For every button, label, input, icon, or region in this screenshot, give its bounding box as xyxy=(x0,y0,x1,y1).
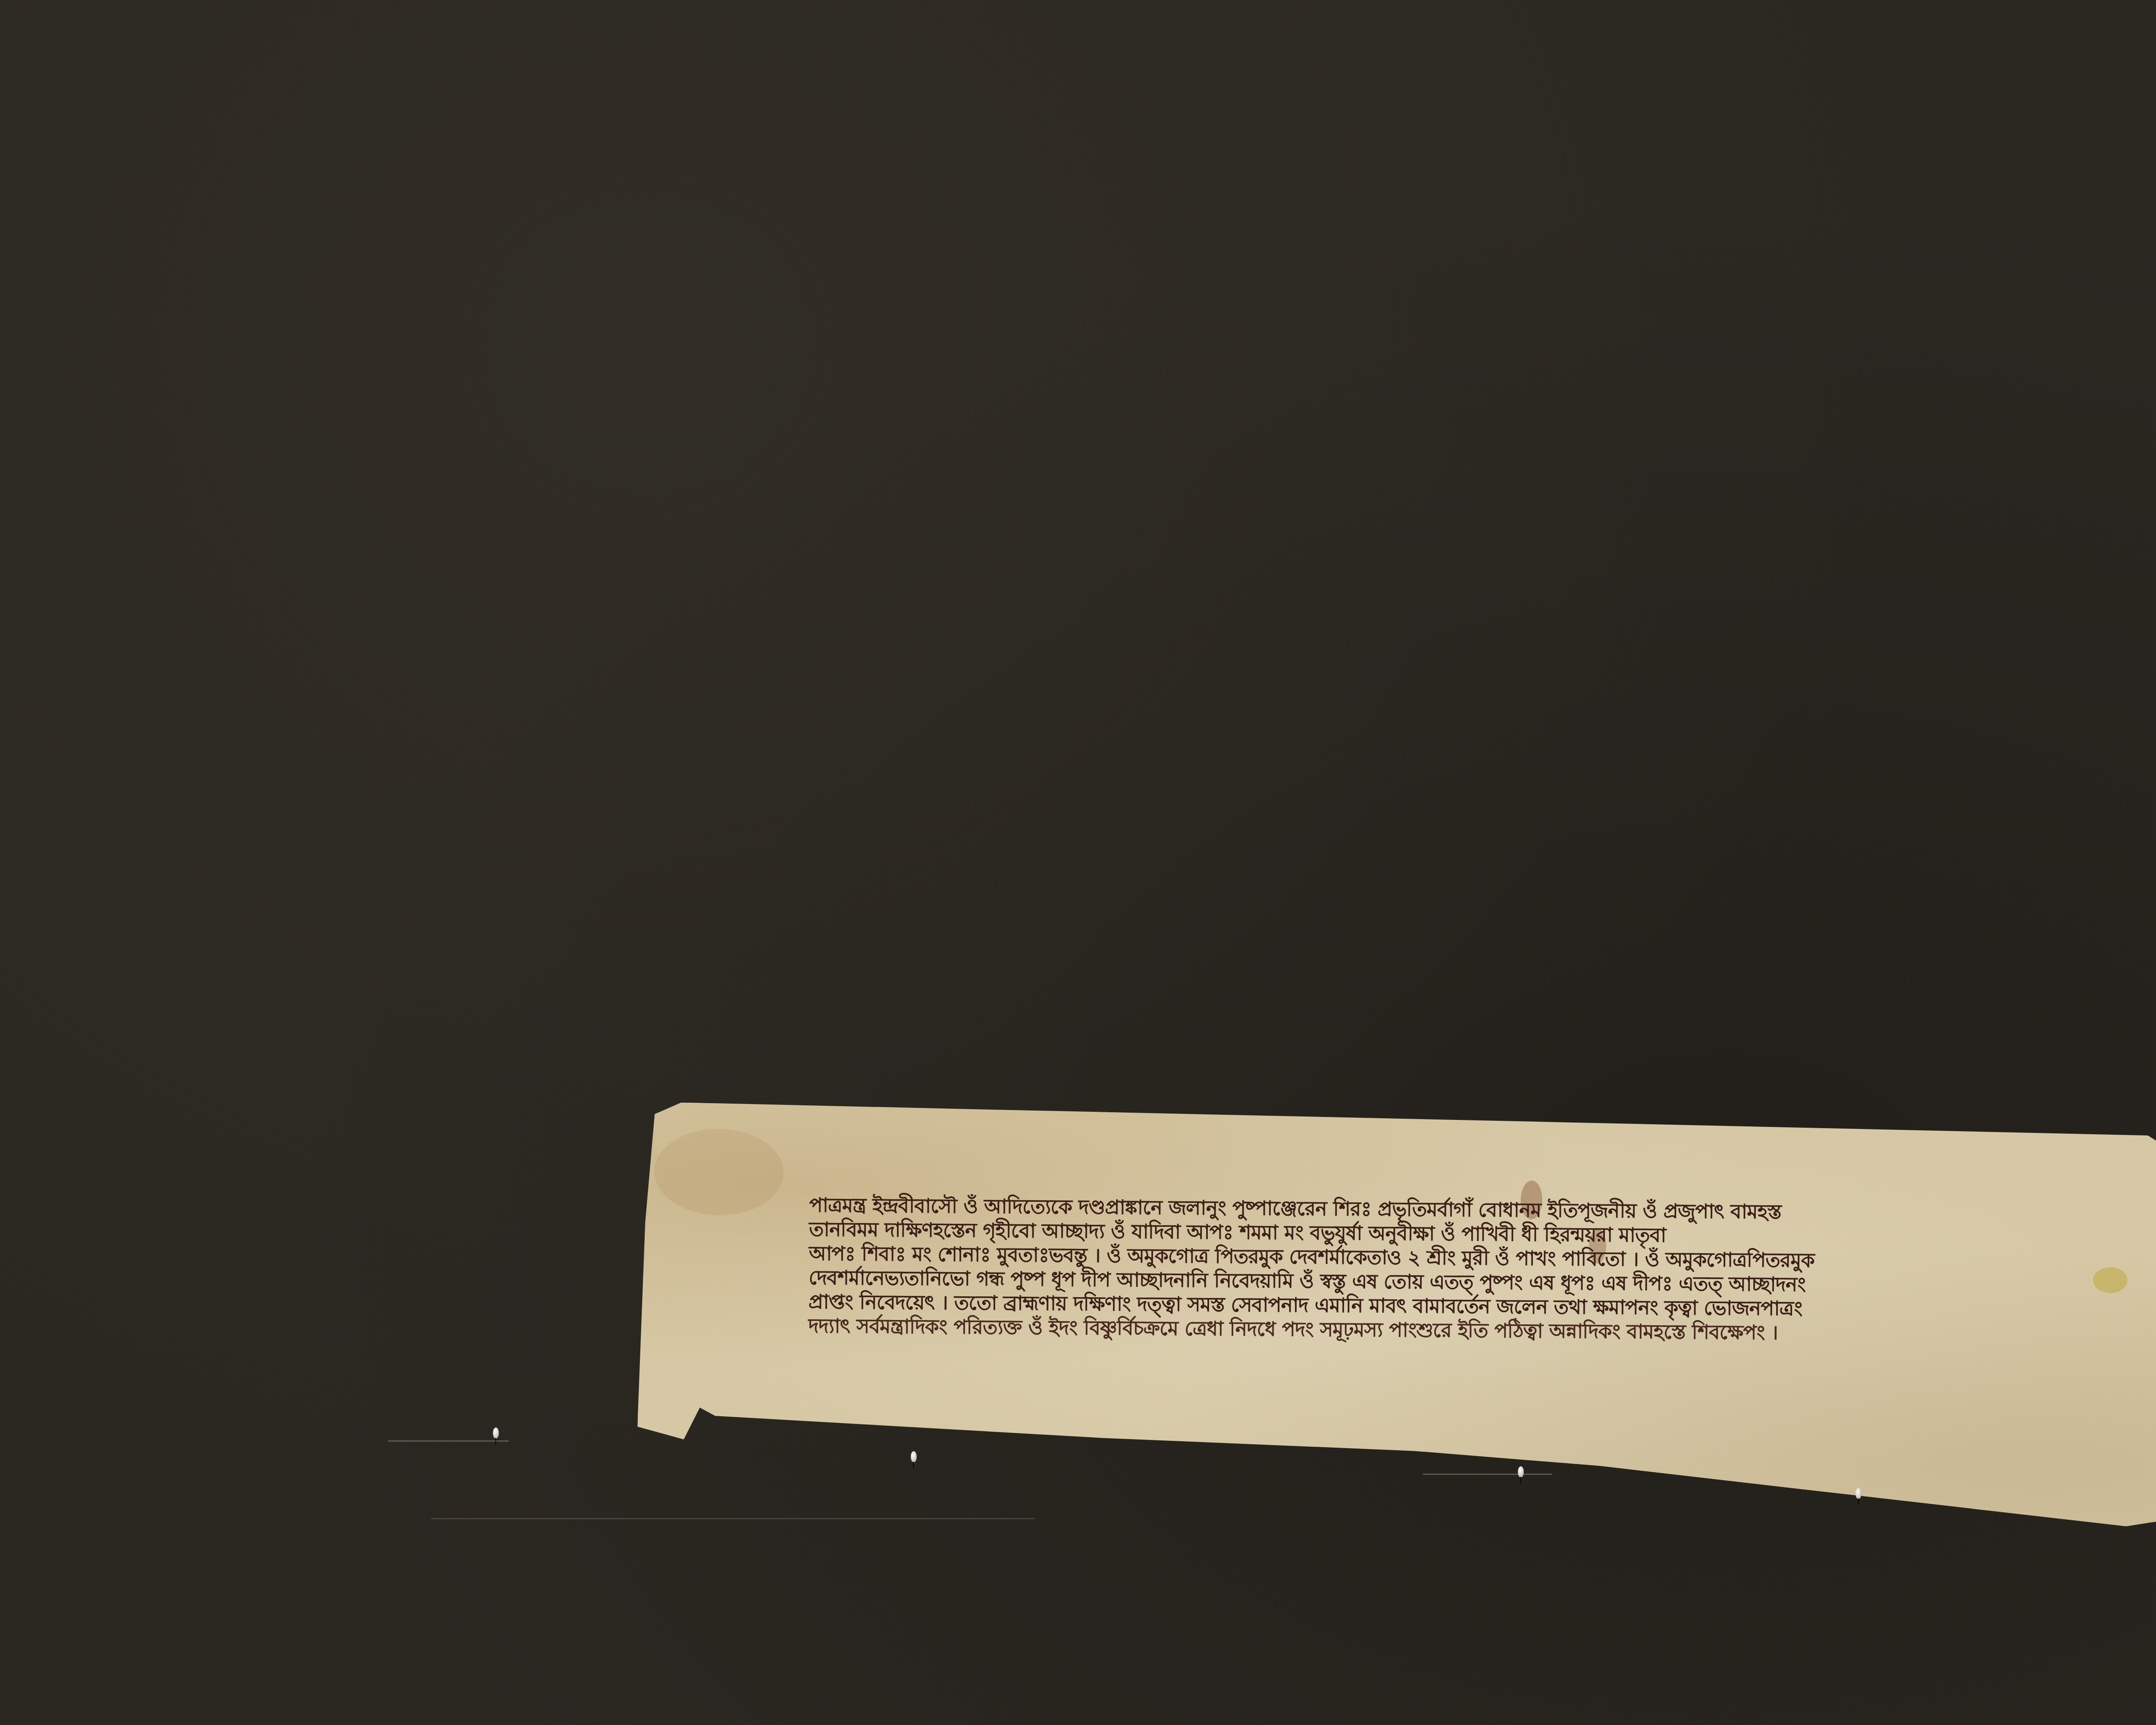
chalk-line xyxy=(431,1518,1035,1519)
pin-icon xyxy=(493,1427,499,1439)
pin-icon xyxy=(1518,1466,1524,1477)
manuscript-text: পাত্রমন্ত্র ইন্দ্রবীবাসৌ ওঁ আদিত্যেকে দণ… xyxy=(808,1193,2146,1347)
pin-icon xyxy=(1855,1488,1861,1499)
manuscript-leaf: পাত্রমন্ত্র ইন্দ্রবীবাসৌ ওঁ আদিত্যেকে দণ… xyxy=(636,1102,2156,1527)
age-stain xyxy=(654,1128,784,1216)
pin-icon xyxy=(911,1451,917,1462)
chalk-line xyxy=(1423,1474,1552,1475)
chalk-line xyxy=(388,1440,509,1442)
